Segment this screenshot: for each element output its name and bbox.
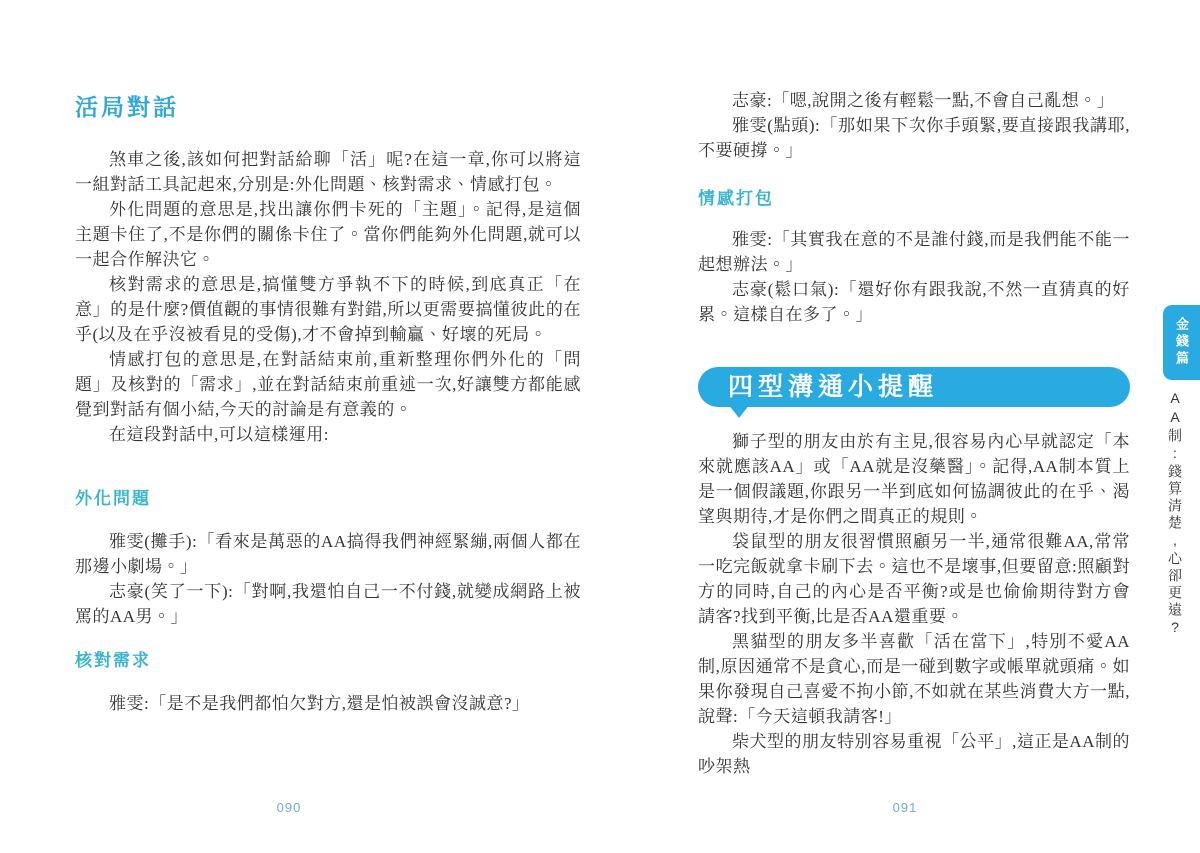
page-number-right: 091 [875,800,935,815]
intro-paragraph: 外化問題的意思是,找出讓你們卡死的「主題」。記得,是這個主題卡住了,不是你們的關… [75,197,581,272]
callout-paragraph: 袋鼠型的朋友很習慣照顧另一半,通常很難AA,常常一吃完飯就拿卡刷下去。這也不是壞… [698,529,1130,629]
page-number-left: 090 [259,800,319,815]
section-heading-externalize: 外化問題 [75,487,581,511]
intro-paragraph: 煞車之後,該如何把對話給聊「活」呢?在這一章,你可以將這一組對話工具記起來,分別… [75,147,581,197]
left-page: 活局對話 煞車之後,該如何把對話給聊「活」呢?在這一章,你可以將這一組對話工具記… [75,93,581,716]
callout-title: 四型溝通小提醒 [698,367,1130,407]
dialogue-line: 雅雯(攤手):「看來是萬惡的AA搞得我們神經緊繃,兩個人都在那邊小劇場。」 [75,529,581,579]
dialogue-line: 志豪:「嗯,說開之後有輕鬆一點,不會自己亂想。」 [698,88,1130,113]
chapter-tab-label: 金錢篇 [1172,317,1191,368]
section-heading-emotion-pack: 情感打包 [698,187,1130,211]
callout-paragraph: 柴犬型的朋友特別容易重視「公平」,這正是AA制的吵架熱 [698,729,1130,779]
dialogue-line: 志豪(笑了一下):「對啊,我還怕自己一不付錢,就變成網路上被罵的AA男。」 [75,579,581,629]
chapter-tab: 金錢篇 [1163,305,1200,380]
callout-banner: 四型溝通小提醒 [698,367,1130,407]
page-title: 活局對話 [75,93,581,121]
callout-paragraph: 獅子型的朋友由於有主見,很容易內心早就認定「本來就應該AA」或「AA就是沒藥醫」… [698,429,1130,529]
dialogue-line: 志豪(鬆口氣):「還好你有跟我說,不然一直猜真的好累。這樣自在多了。」 [698,277,1130,327]
chapter-subtitle-vertical: AA制:錢算清楚,心卻更遠? [1164,390,1186,640]
callout-paragraph: 黑貓型的朋友多半喜歡「活在當下」,特別不愛AA制,原因通常不是貪心,而是一碰到數… [698,629,1130,729]
intro-paragraph: 情感打包的意思是,在對話結束前,重新整理你們外化的「問題」及核對的「需求」,並在… [75,347,581,422]
intro-paragraph: 在這段對話中,可以這樣運用: [75,422,581,447]
intro-paragraph: 核對需求的意思是,搞懂雙方爭執不下的時候,到底真正「在意」的是什麼?價值觀的事情… [75,272,581,347]
section-heading-check-needs: 核對需求 [75,649,581,673]
dialogue-line: 雅雯:「其實我在意的不是誰付錢,而是我們能不能一起想辦法。」 [698,227,1130,277]
dialogue-line: 雅雯:「是不是我們都怕欠對方,還是怕被誤會沒誠意?」 [75,691,581,716]
dialogue-line: 雅雯(點頭):「那如果下次你手頭緊,要直接跟我講耶,不要硬撐。」 [698,113,1130,163]
right-page: 志豪:「嗯,說開之後有輕鬆一點,不會自己亂想。」 雅雯(點頭):「那如果下次你手… [698,88,1130,779]
